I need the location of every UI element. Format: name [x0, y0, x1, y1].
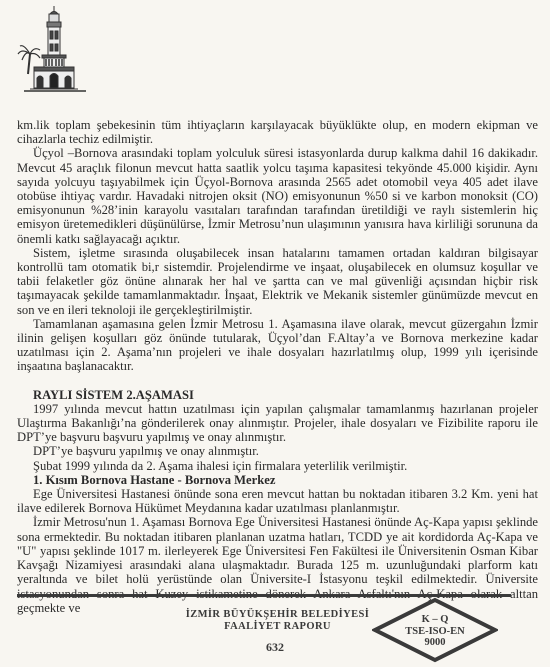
footer-org-name: İZMİR BÜYÜKŞEHİR BELEDİYESİ	[170, 609, 385, 621]
footer-report-title: FAALİYET RAPORU	[170, 621, 385, 633]
paragraph: Sistem, işletme sırasında oluşabilecek i…	[17, 246, 538, 317]
paragraph: DPT’ye başvuru yapılmış ve onay alınmışt…	[17, 444, 538, 458]
certificate-line: K – Q	[372, 614, 498, 626]
certificate-label: K – Q TSE-ISO-EN 9000	[372, 614, 498, 649]
paragraph: km.lik toplam şebekesinin tüm ihtiyaçlar…	[17, 118, 538, 146]
certificate-line: 9000	[372, 637, 498, 649]
paragraph: Üçyol –Bornova arasındaki toplam yolculu…	[17, 146, 538, 245]
document-body: km.lik toplam şebekesinin tüm ihtiyaçlar…	[17, 118, 538, 615]
paragraph: Tamamlanan aşamasına gelen İzmir Metrosu…	[17, 317, 538, 374]
footer-organization: İZMİR BÜYÜKŞEHİR BELEDİYESİ FAALİYET RAP…	[170, 609, 385, 633]
subsection-heading: 1. Kısım Bornova Hastane - Bornova Merke…	[17, 473, 538, 487]
paragraph: 1997 yılında mevcut hattın uzatılması iç…	[17, 402, 538, 445]
page-number: 632	[255, 640, 295, 655]
section-heading: RAYLI SİSTEM 2.AŞAMASI	[17, 388, 538, 402]
certificate-line: TSE-ISO-EN	[372, 626, 498, 638]
paragraph: Şubat 1999 yılında da 2. Aşama ihalesi i…	[17, 459, 538, 473]
paragraph: Ege Üniversitesi Hastanesi önünde sona e…	[17, 487, 538, 515]
izmir-clock-tower-icon	[16, 4, 94, 94]
